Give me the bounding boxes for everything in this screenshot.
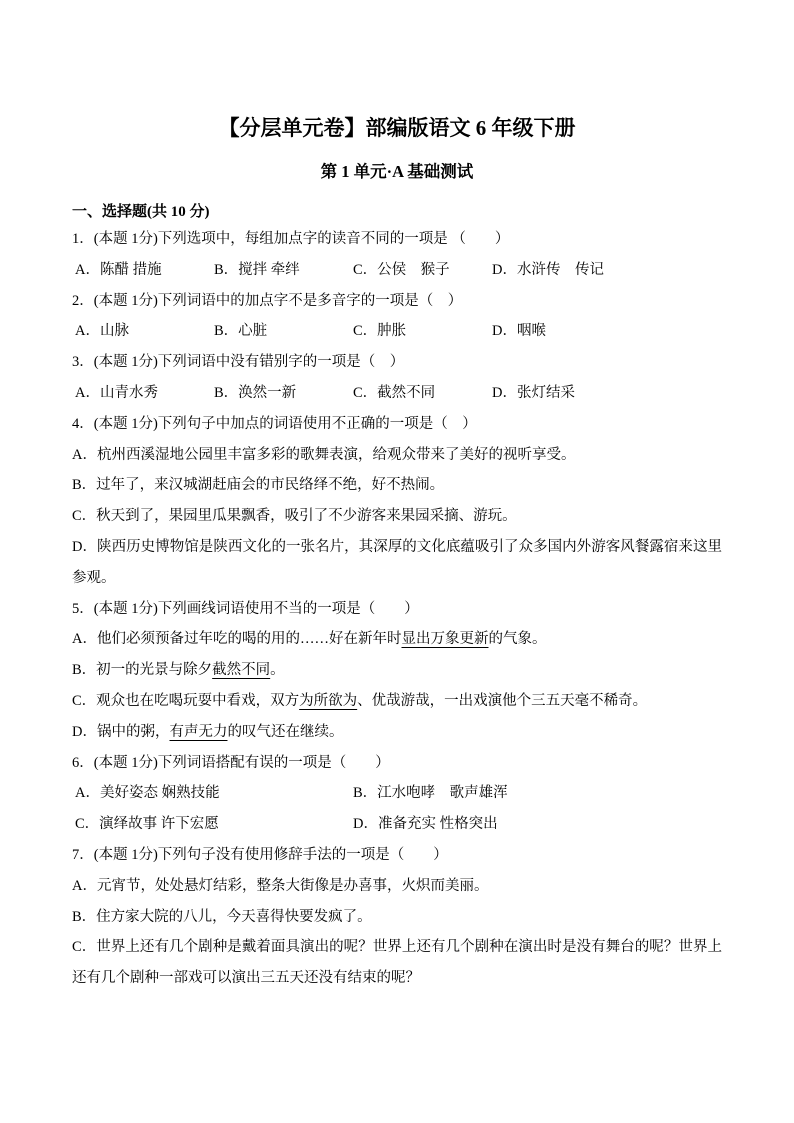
question-stem: 2．(本题 1分)下列词语中的加点字不是多音字的一项是（ ）	[72, 286, 722, 317]
underlined-phrase: 截然不同	[212, 662, 270, 678]
option-D: D．陕西历史博物馆是陕西文化的一张名片，其深厚的文化底蕴吸引了众多国内外游客风餐…	[72, 532, 722, 594]
underlined-phrase: 有声无力	[169, 724, 227, 740]
options-row: A．山青水秀B．涣然一新C．截然不同D．张灯结采	[72, 378, 722, 409]
option-A: A．山青水秀	[75, 378, 214, 409]
option-A: A．陈醋 措施	[75, 255, 214, 286]
questions-list: 1．(本题 1分)下列选项中，每组加点字的读音不同的一项是 （ ）A．陈醋 措施…	[72, 224, 722, 994]
option-B: B．江水咆哮 歌声雄浑	[353, 778, 722, 809]
option-C: C．截然不同	[353, 378, 492, 409]
option-D: D．水浒传 传记	[492, 255, 722, 286]
option-B: B．初一的光景与除夕截然不同。	[72, 655, 722, 686]
question-stem: 6．(本题 1分)下列词语搭配有误的一项是（ ）	[72, 748, 722, 779]
option-C: C．观众也在吃喝玩耍中看戏，双方为所欲为、优哉游哉，一出戏演他个三五天毫不稀奇。	[72, 686, 722, 717]
underlined-phrase: 为所欲为	[299, 693, 357, 709]
document-page: 【分层单元卷】部编版语文 6 年级下册 第 1 单元·A 基础测试 一、选择题(…	[0, 0, 794, 1123]
options-row: A．陈醋 措施B．搅拌 牵绊C．公侯 猴子D．水浒传 传记	[72, 255, 722, 286]
option-C: C．秋天到了，果园里瓜果飘香，吸引了不少游客来果园采摘、游玩。	[72, 501, 722, 532]
section-heading: 一、选择题(共 10 分)	[72, 200, 722, 224]
option-A: A．山脉	[75, 316, 214, 347]
question-2: 2．(本题 1分)下列词语中的加点字不是多音字的一项是（ ）A．山脉B．心脏C．…	[72, 286, 722, 348]
option-text: 、优哉游哉，一出戏演他个三五天毫不稀奇。	[357, 693, 647, 709]
page-title: 【分层单元卷】部编版语文 6 年级下册	[72, 0, 722, 144]
page-subtitle: 第 1 单元·A 基础测试	[72, 160, 722, 184]
option-D: D．锅中的粥，有声无力的叹气还在继续。	[72, 717, 722, 748]
question-6: 6．(本题 1分)下列词语搭配有误的一项是（ ）A．美好姿态 娴熟技能B．江水咆…	[72, 748, 722, 840]
option-B: B．涣然一新	[214, 378, 353, 409]
question-stem: 5．(本题 1分)下列画线词语使用不当的一项是（ ）	[72, 594, 722, 625]
question-7: 7．(本题 1分)下列句子没有使用修辞手法的一项是（ ）A．元宵节，处处悬灯结彩…	[72, 840, 722, 994]
option-B: B．过年了，来汉城湖赶庙会的市民络绎不绝，好不热闹。	[72, 470, 722, 501]
question-stem: 1．(本题 1分)下列选项中，每组加点字的读音不同的一项是 （ ）	[72, 224, 722, 255]
option-C: C．公侯 猴子	[353, 255, 492, 286]
option-C: C．演绎故事 许下宏愿	[75, 809, 353, 840]
options-row: A．山脉B．心脏C．肿胀D．咽喉	[72, 316, 722, 347]
option-text: B．初一的光景与除夕	[72, 662, 212, 678]
option-B: B．心脏	[214, 316, 353, 347]
option-text: 。	[270, 662, 285, 678]
options-row: A．美好姿态 娴熟技能B．江水咆哮 歌声雄浑C．演绎故事 许下宏愿D．准备充实 …	[72, 778, 722, 840]
option-D: D．咽喉	[492, 316, 722, 347]
question-stem: 7．(本题 1分)下列句子没有使用修辞手法的一项是（ ）	[72, 840, 722, 871]
option-text: D．锅中的粥，	[72, 724, 169, 740]
option-text: 的气象。	[488, 631, 546, 647]
question-stem: 3．(本题 1分)下列词语中没有错别字的一项是（ ）	[72, 347, 722, 378]
option-A: A．美好姿态 娴熟技能	[75, 778, 353, 809]
option-A: A．他们必须预备过年吃的喝的用的……好在新年时显出万象更新的气象。	[72, 624, 722, 655]
option-A: A．元宵节，处处悬灯结彩，整条大街像是办喜事，火炽而美丽。	[72, 871, 722, 902]
option-text: A．他们必须预备过年吃的喝的用的……好在新年时	[72, 631, 401, 647]
option-D: D．准备充实 性格突出	[353, 809, 722, 840]
question-4: 4．(本题 1分)下列句子中加点的词语使用不正确的一项是（ ）A．杭州西溪湿地公…	[72, 409, 722, 594]
underlined-phrase: 显出万象更新	[401, 631, 488, 647]
question-5: 5．(本题 1分)下列画线词语使用不当的一项是（ ）A．他们必须预备过年吃的喝的…	[72, 594, 722, 748]
question-3: 3．(本题 1分)下列词语中没有错别字的一项是（ ）A．山青水秀B．涣然一新C．…	[72, 347, 722, 409]
option-text: C．观众也在吃喝玩耍中看戏，双方	[72, 693, 299, 709]
option-C: C．肿胀	[353, 316, 492, 347]
question-stem: 4．(本题 1分)下列句子中加点的词语使用不正确的一项是（ ）	[72, 409, 722, 440]
option-B: B．搅拌 牵绊	[214, 255, 353, 286]
option-B: B．住方家大院的八儿，今天喜得快要发疯了。	[72, 902, 722, 933]
question-1: 1．(本题 1分)下列选项中，每组加点字的读音不同的一项是 （ ）A．陈醋 措施…	[72, 224, 722, 286]
option-text: 的叹气还在继续。	[227, 724, 343, 740]
option-A: A．杭州西溪湿地公园里丰富多彩的歌舞表演，给观众带来了美好的视听享受。	[72, 440, 722, 471]
option-C: C．世界上还有几个剧种是戴着面具演出的呢？世界上还有几个剧种在演出时是没有舞台的…	[72, 932, 722, 994]
option-D: D．张灯结采	[492, 378, 722, 409]
